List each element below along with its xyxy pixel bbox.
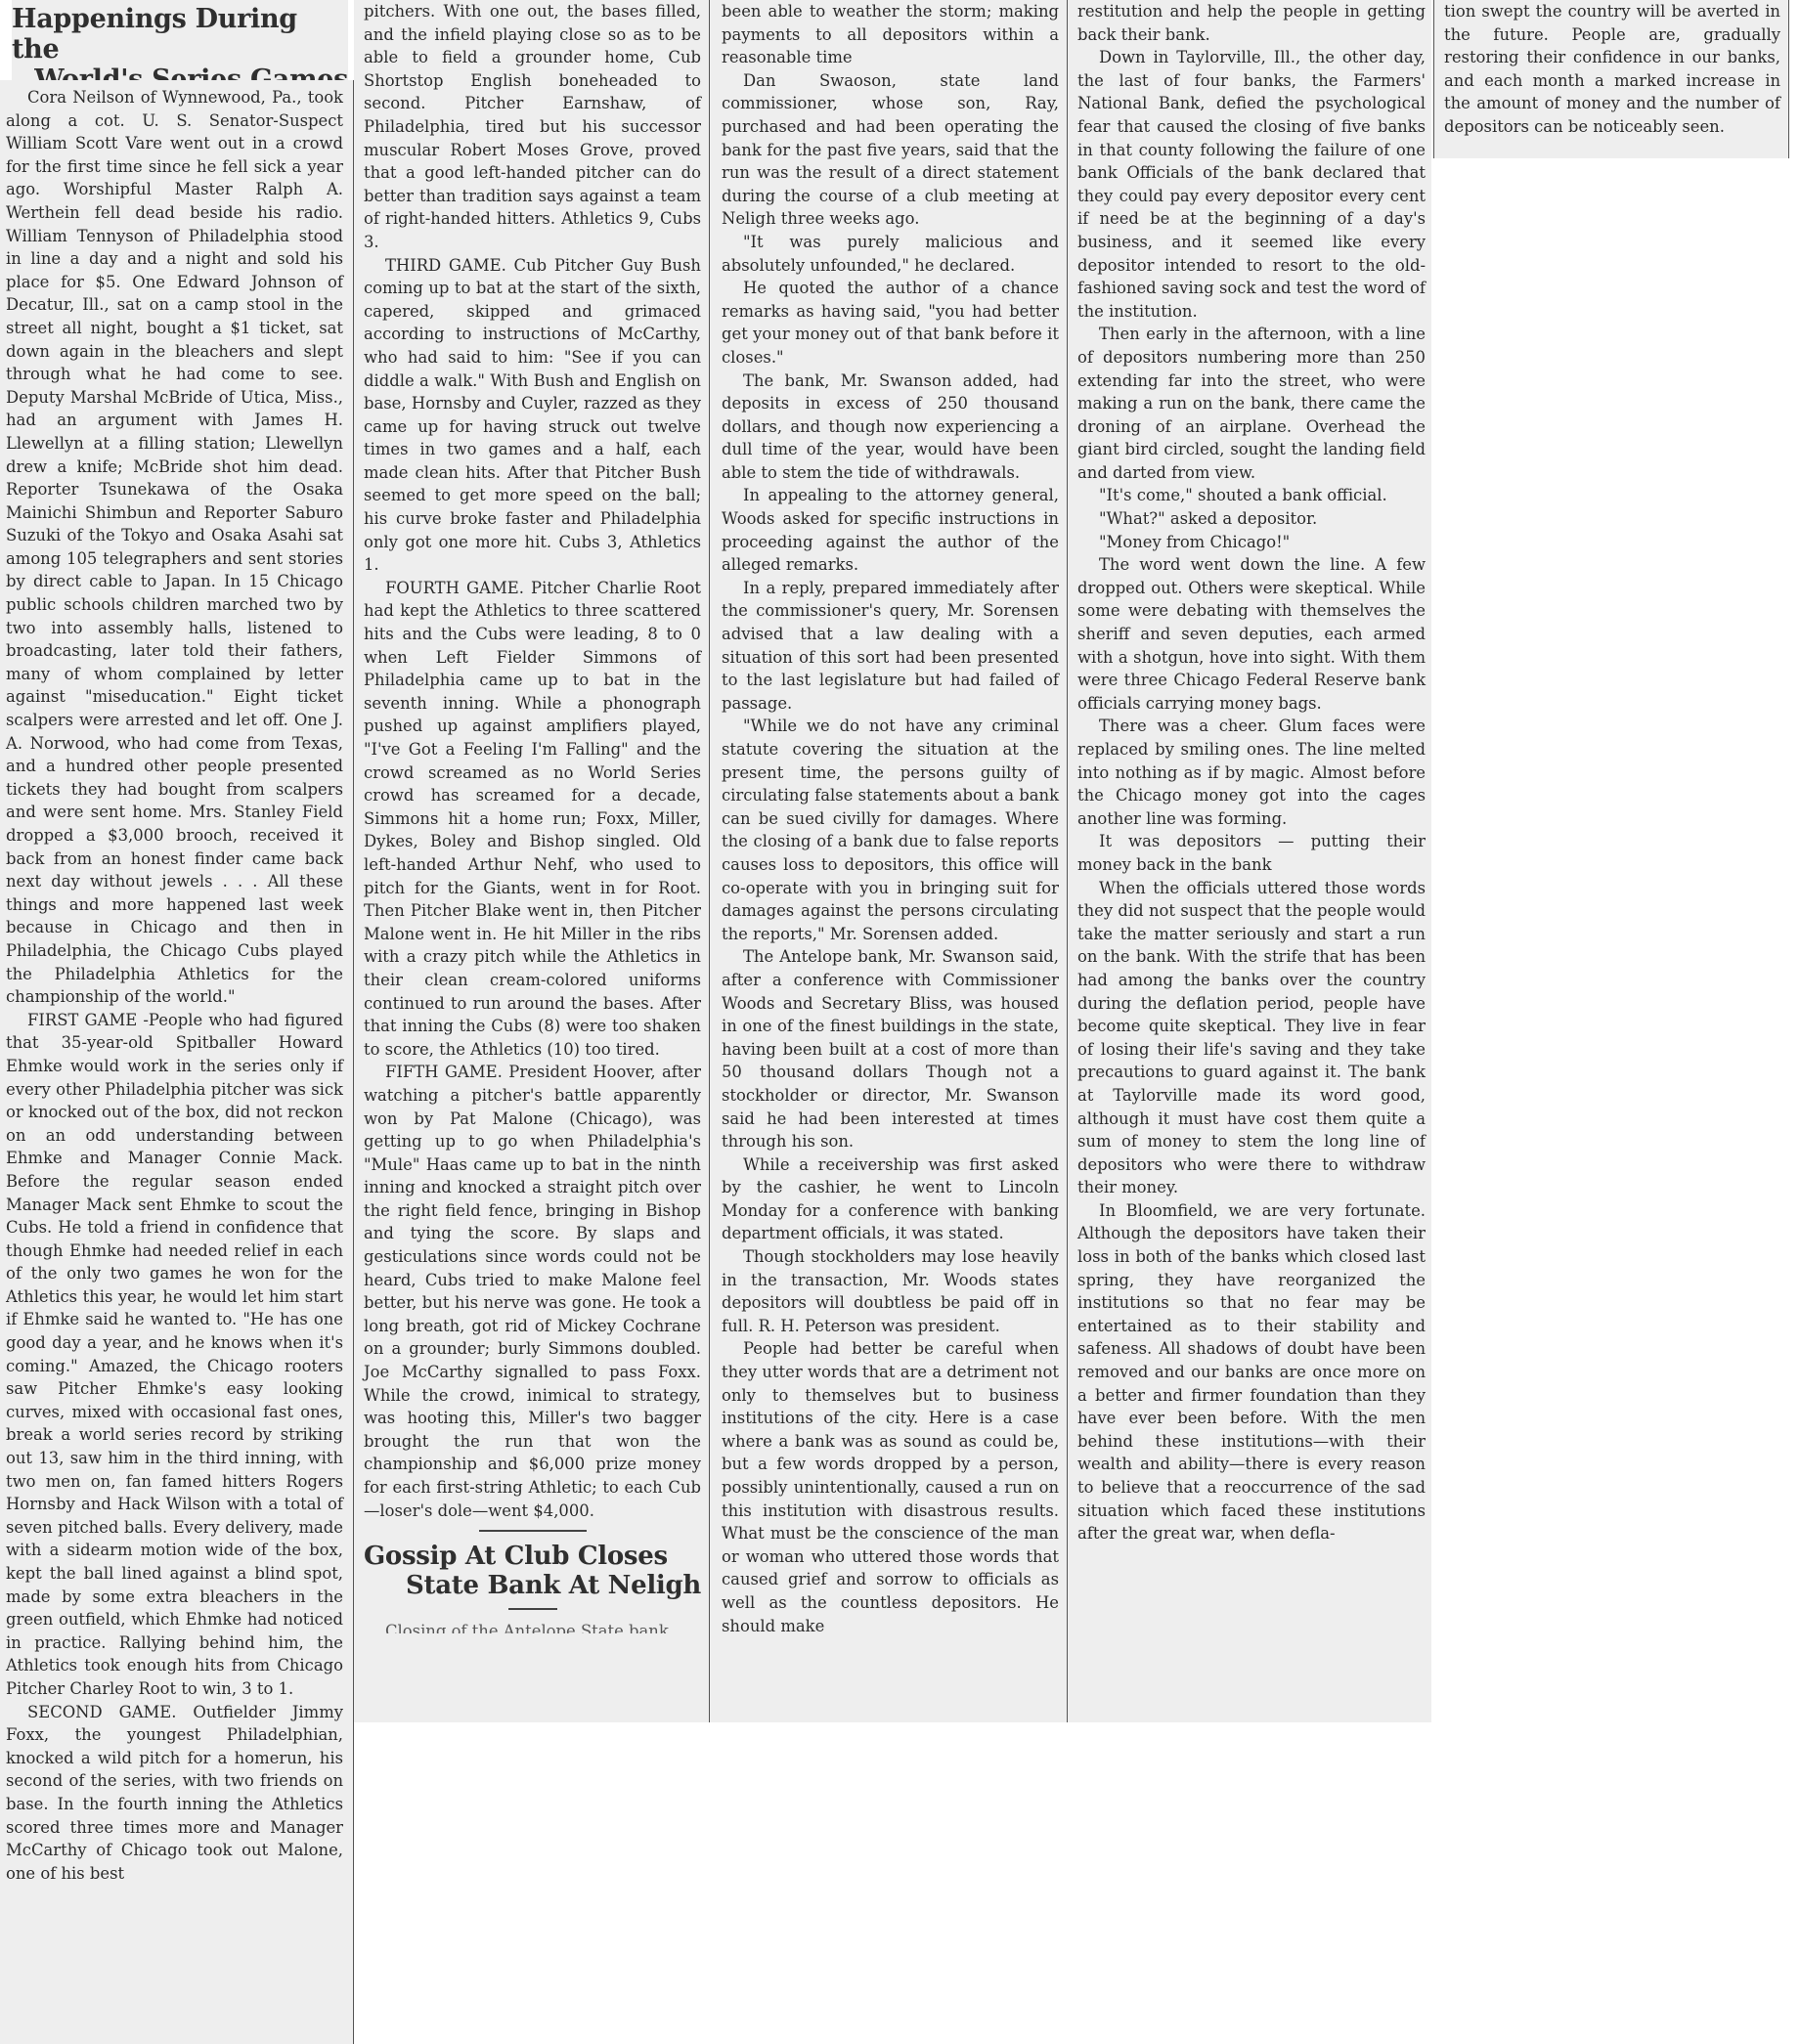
paragraph: Down in Taylorville, Ill., the other day…: [1077, 46, 1426, 323]
paragraph: He quoted the author of a chance remarks…: [722, 277, 1059, 369]
paragraph: Dan Swaoson, state land commissioner, wh…: [722, 69, 1059, 231]
column-4: restitution and help the people in getti…: [1068, 0, 1431, 1722]
paragraph: THIRD GAME. Cub Pitcher Guy Bush coming …: [364, 254, 701, 577]
paragraph: It was depositors — putting their money …: [1077, 830, 1426, 876]
paragraph: FOURTH GAME. Pitcher Charlie Root had ke…: [364, 577, 701, 1061]
paragraph: There was a cheer. Glum faces were repla…: [1077, 715, 1426, 830]
paragraph-cutoff: Closing of the Antelope State bank: [364, 1620, 701, 1633]
headline-line-1: Gossip At Club Closes: [364, 1542, 701, 1571]
column-5: tion swept the country will be averted i…: [1433, 0, 1789, 158]
section-divider: [479, 1530, 587, 1532]
paragraph: Though stockholders may lose heavily in …: [722, 1245, 1059, 1337]
headline-line-2: State Bank At Neligh: [364, 1571, 701, 1600]
column-1: Happenings During the World's Series Gam…: [12, 0, 348, 92]
paragraph: While a receivership was first asked by …: [722, 1153, 1059, 1245]
paragraph: "It was purely malicious and absolutely …: [722, 231, 1059, 277]
paragraph: People had better be careful when they u…: [722, 1337, 1059, 1637]
paragraph: Then early in the afternoon, with a line…: [1077, 323, 1426, 484]
paragraph: FIFTH GAME. President Hoover, after watc…: [364, 1061, 701, 1522]
headline-line-1: Happenings During the: [12, 4, 348, 65]
paragraph: The Antelope bank, Mr. Swanson said, aft…: [722, 945, 1059, 1152]
paragraph: SECOND GAME. Outfielder Jimmy Foxx, the …: [6, 1701, 343, 1886]
paragraph: When the officials uttered those words t…: [1077, 877, 1426, 1199]
column-2: pitchers. With one out, the bases filled…: [354, 0, 710, 1722]
article-headline-gossip: Gossip At Club Closes State Bank At Neli…: [364, 1542, 701, 1600]
paragraph: "It's come," shouted a bank official.: [1077, 484, 1426, 507]
paragraph: "What?" asked a depositor.: [1077, 507, 1426, 531]
headline-divider: [508, 1608, 557, 1610]
paragraph: The word went down the line. A few dropp…: [1077, 553, 1426, 715]
paragraph: Cora Neilson of Wynnewood, Pa., took alo…: [6, 86, 343, 1009]
paragraph: "While we do not have any criminal statu…: [722, 715, 1059, 945]
paragraph: tion swept the country will be averted i…: [1444, 0, 1780, 139]
column-1-body: Cora Neilson of Wynnewood, Pa., took alo…: [0, 80, 354, 2044]
paragraph: The bank, Mr. Swanson added, had deposit…: [722, 370, 1059, 485]
paragraph: been able to weather the storm; making p…: [722, 0, 1059, 69]
paragraph: In Bloomfield, we are very fortunate. Al…: [1077, 1199, 1426, 1545]
column-3: been able to weather the storm; making p…: [710, 0, 1068, 1722]
paragraph: pitchers. With one out, the bases filled…: [364, 0, 701, 254]
paragraph: restitution and help the people in getti…: [1077, 0, 1426, 46]
paragraph: In appealing to the attorney general, Wo…: [722, 484, 1059, 576]
paragraph: In a reply, prepared immediately after t…: [722, 577, 1059, 716]
paragraph: "Money from Chicago!": [1077, 531, 1426, 554]
paragraph: FIRST GAME -People who had figured that …: [6, 1009, 343, 1701]
